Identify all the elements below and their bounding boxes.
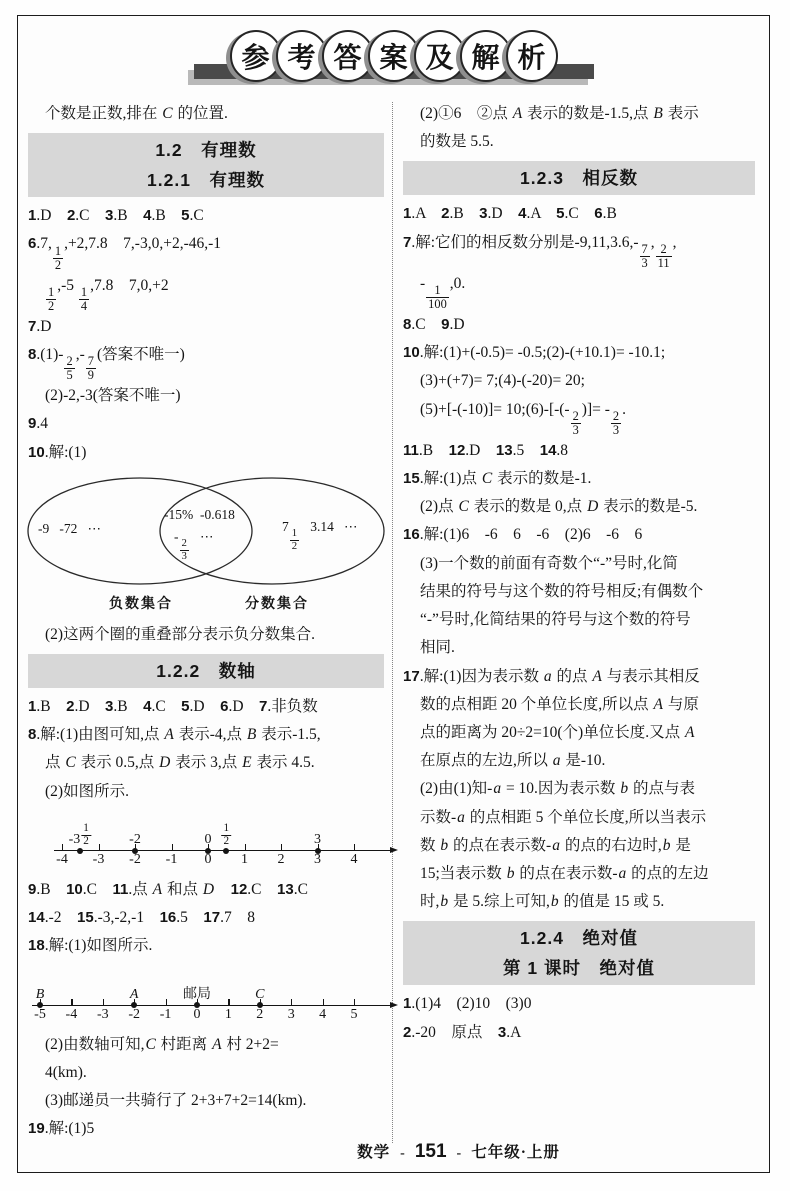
axis-tick — [281, 844, 282, 851]
title-char-circle: 及 — [414, 30, 466, 82]
title-char-circle: 答 — [322, 30, 374, 82]
answer-line: (2)由数轴可知,C 村距离 A 村 2+2= — [28, 1031, 384, 1059]
answer-line: 8.解:(1)由图可知,点 A 表示-4,点 B 表示-1.5, — [28, 721, 384, 749]
tick-label: -1 — [160, 1007, 172, 1023]
point-label: 0 — [205, 808, 212, 848]
tick-label: -1 — [166, 852, 178, 868]
tick-label: 3 — [314, 852, 321, 868]
section-title: 1.2.3 相反数 — [403, 163, 755, 193]
tick-label: -5 — [34, 1007, 46, 1023]
point-label: 3 — [314, 808, 321, 848]
answer-line: 8.(1)-25,-79(答案不唯一) — [28, 341, 384, 382]
answer-line: 2.-20 原点 3.A — [403, 1019, 755, 1047]
answer-line: 的数是 5.5. — [403, 128, 755, 156]
section-title: 1.2.4 绝对值 — [403, 923, 755, 953]
fraction: 23 — [571, 410, 581, 437]
answer-line: 结果的符号与这个数的符号相反;有偶数个 — [403, 578, 755, 606]
title-char-circle: 参 — [230, 30, 282, 82]
venn-overlap-items-top: -15% -0.618 — [164, 507, 235, 523]
axis-tick — [103, 999, 104, 1006]
section-header: 1.2.4 绝对值 第 1 课时 绝对值 — [403, 921, 755, 985]
scanned-page: 参考答案及解析 个数是正数,排在 C 的位置. 1.2 有理数 1.2.1 有理… — [0, 0, 790, 1191]
answer-line: (5)+[-(-10)]= 10;(6)-[-(-23)]= -23. — [403, 396, 755, 437]
fraction: 12 — [290, 528, 299, 552]
fraction: 1100 — [426, 284, 449, 311]
answer-line: “-”号时,化简结果的符号与这个数的符号 — [403, 606, 755, 634]
data-point-dot — [77, 848, 83, 854]
footer-book: 七年级·上册 — [471, 1140, 560, 1162]
tick-label: -3 — [97, 1007, 109, 1023]
section-title: 1.2 有理数 — [28, 135, 384, 165]
answer-line: 相同. — [403, 634, 755, 662]
answer-line: 个数是正数,排在 C 的位置. — [28, 100, 384, 128]
answer-line: 9.4 — [28, 410, 384, 438]
answer-line: 数 b 的点在表示数-a 的点的右边时,b 是 — [403, 832, 755, 860]
answer-line: (3)+(+7)= 7;(4)-(-20)= 20; — [403, 367, 755, 395]
axis-tick — [99, 844, 100, 851]
section-header: 1.2.3 相反数 — [403, 161, 755, 195]
point-label: B — [35, 963, 46, 1003]
left-column: 个数是正数,排在 C 的位置. 1.2 有理数 1.2.1 有理数 1.D 2.… — [28, 100, 384, 1143]
answer-line: (2)①6 ②点 A 表示的数是-1.5,点 B 表示 — [403, 100, 755, 128]
venn-overlap-items-bottom: -23 ⋯ — [174, 529, 214, 562]
answer-line: 点的距离为 20÷2=10(个)单位长度.又点 A — [403, 719, 755, 747]
answer-line: (3)一个数的前面有奇数个“-”号时,化简 — [403, 550, 755, 578]
tick-label: 2 — [278, 852, 285, 868]
axis-line — [32, 1005, 393, 1007]
axis-tick — [71, 999, 72, 1006]
answer-line: 18.解:(1)如图所示. — [28, 932, 384, 960]
section-subtitle: 1.2.1 有理数 — [28, 165, 384, 195]
answer-line: 7.解:它们的相反数分别是-9,11,3.6,-73,211, — [403, 229, 755, 270]
answer-line: 1.(1)4 (2)10 (3)0 — [403, 990, 755, 1018]
number-line: -4-3-2-101234-312-20123 — [54, 806, 398, 876]
answer-line: 1.A 2.B 3.D 4.A 5.C 6.B — [403, 200, 755, 228]
fraction: 14 — [79, 286, 89, 313]
answer-line: 15.解:(1)点 C 表示的数是-1. — [403, 465, 755, 493]
answer-line: 数的点相距 20 个单位长度,所以点 A 与原 — [403, 691, 755, 719]
fraction: 23 — [611, 410, 621, 437]
tick-label: 4 — [351, 852, 358, 868]
axis-tick — [323, 999, 324, 1006]
footer-dash: - — [457, 1146, 462, 1162]
venn-left-items: -9 -72 ⋯ — [38, 521, 101, 537]
section-subtitle: 第 1 课时 绝对值 — [403, 953, 755, 983]
tick-label: 0 — [194, 1007, 201, 1023]
answer-line: -1100,0. — [403, 270, 755, 311]
answer-line: 11.B 12.D 13.5 14.8 — [403, 437, 755, 465]
axis-tick — [354, 999, 355, 1006]
fraction: 25 — [64, 355, 74, 382]
title-char-circle: 解 — [460, 30, 512, 82]
answer-line: 时,b 是 5.综上可知,b 的值是 15 或 5. — [403, 888, 755, 916]
venn-right-label: 分数集合 — [222, 593, 332, 613]
footer-dash: - — [400, 1146, 405, 1162]
title-char-circle: 案 — [368, 30, 420, 82]
data-point-dot — [194, 1002, 200, 1008]
tick-label: 5 — [351, 1007, 358, 1023]
tick-label: -2 — [129, 852, 141, 868]
axis-tick — [172, 844, 173, 851]
axis-tick — [62, 844, 63, 851]
point-label: A — [129, 963, 140, 1003]
answer-line: 15;当表示数 b 的点在表示数-a 的点的左边 — [403, 860, 755, 888]
answer-line: 示数-a 的点相距 5 个单位长度,所以当表示 — [403, 804, 755, 832]
fraction: 211 — [656, 243, 672, 270]
title-char-circle: 考 — [276, 30, 328, 82]
tick-label: 1 — [241, 852, 248, 868]
tick-label: -4 — [56, 852, 68, 868]
fraction: 12 — [46, 286, 56, 313]
section-header: 1.2 有理数 1.2.1 有理数 — [28, 133, 384, 197]
axis-arrow-icon — [390, 847, 398, 853]
fraction: 23 — [180, 538, 189, 562]
answer-line: 9.B 10.C 11.点 A 和点 D 12.C 13.C — [28, 876, 384, 904]
fraction: 12 — [53, 245, 63, 272]
answer-line: 14.-2 15.-3,-2,-1 16.5 17.7 8 — [28, 904, 384, 932]
answer-line: 12,-5 14,7.8 7,0,+2 — [28, 272, 384, 313]
answer-line: (2)如图所示. — [28, 778, 384, 806]
answer-line: 16.解:(1)6 -6 6 -6 (2)6 -6 6 — [403, 521, 755, 549]
data-point-dot — [205, 848, 211, 854]
tick-label: 4 — [319, 1007, 326, 1023]
page-frame: 参考答案及解析 个数是正数,排在 C 的位置. 1.2 有理数 1.2.1 有理… — [17, 15, 770, 1173]
axis-tick — [166, 999, 167, 1006]
tick-label: -2 — [128, 1007, 140, 1023]
title-circles: 参考答案及解析 — [208, 30, 580, 82]
tick-label: -4 — [66, 1007, 78, 1023]
tick-label: 1 — [225, 1007, 232, 1023]
data-point-dot — [257, 1002, 263, 1008]
number-line: -5-4-3-2-1012345BA邮局C — [32, 961, 398, 1031]
answer-line: 10.解:(1) — [28, 439, 384, 467]
point-label: C — [254, 963, 265, 1003]
axis-tick — [228, 999, 229, 1006]
data-point-dot — [132, 848, 138, 854]
tick-label: -3 — [93, 852, 105, 868]
footer-subject: 数学 — [357, 1140, 390, 1162]
answer-line: (2)-2,-3(答案不唯一) — [28, 382, 384, 410]
venn-left-label: 负数集合 — [86, 593, 196, 613]
data-point-dot — [315, 848, 321, 854]
page-footer: 数学 - 151 - 七年级·上册 — [18, 1140, 769, 1163]
axis-tick — [354, 844, 355, 851]
section-title: 1.2.2 数轴 — [28, 656, 384, 686]
section-header: 1.2.2 数轴 — [28, 654, 384, 688]
data-point-dot — [37, 1002, 43, 1008]
data-point-dot — [223, 848, 229, 854]
point-label: 邮局 — [183, 963, 211, 1003]
answer-line: 在原点的左边,所以 a 是-10. — [403, 747, 755, 775]
answer-line: 10.解:(1)+(-0.5)= -0.5;(2)-(+10.1)= -10.1… — [403, 339, 755, 367]
answer-line: 1.B 2.D 3.B 4.C 5.D 6.D 7.非负数 — [28, 693, 384, 721]
venn-right-items: 712 3.14 ⋯ — [282, 519, 358, 552]
point-label: -312 — [69, 808, 92, 848]
title-char-circle: 析 — [506, 30, 558, 82]
answer-line: (3)邮递员一共骑行了 2+3+7+2=14(km). — [28, 1087, 384, 1115]
tick-label: 2 — [256, 1007, 263, 1023]
answer-line: 4(km). — [28, 1059, 384, 1087]
axis-tick — [245, 844, 246, 851]
answer-line: 7.D — [28, 313, 384, 341]
answer-line: 17.解:(1)因为表示数 a 的点 A 与表示其相反 — [403, 663, 755, 691]
answer-line: 1.D 2.C 3.B 4.B 5.C — [28, 202, 384, 230]
venn-diagram: -9 -72 ⋯ -15% -0.618 -23 ⋯ 712 3.14 ⋯ 负数… — [22, 467, 394, 619]
footer-page-number: 151 — [415, 1141, 447, 1163]
fraction: 12 — [221, 823, 231, 848]
answer-line: (2)由(1)知-a = 10.因为表示数 b 的点与表 — [403, 775, 755, 803]
axis-tick — [291, 999, 292, 1006]
answer-line: 6.7,12,+2,7.8 7,-3,0,+2,-46,-1 — [28, 230, 384, 271]
axis-arrow-icon — [390, 1002, 398, 1008]
right-column: (2)①6 ②点 A 表示的数是-1.5,点 B 表示 的数是 5.5. 1.2… — [403, 100, 755, 1143]
answer-line: 8.C 9.D — [403, 311, 755, 339]
point-label: -2 — [129, 808, 141, 848]
fraction: 73 — [640, 243, 650, 270]
point-label: 12 — [220, 808, 232, 848]
page-title: 参考答案及解析 — [208, 30, 580, 92]
fraction: 79 — [86, 355, 96, 382]
data-point-dot — [131, 1002, 137, 1008]
two-column-layout: 个数是正数,排在 C 的位置. 1.2 有理数 1.2.1 有理数 1.D 2.… — [18, 100, 769, 1143]
answer-line: (2)点 C 表示的数是 0,点 D 表示的数是-5. — [403, 493, 755, 521]
answer-line: 点 C 表示 0.5,点 D 表示 3,点 E 表示 4.5. — [28, 749, 384, 777]
fraction: 12 — [81, 823, 91, 848]
tick-label: 0 — [205, 852, 212, 868]
tick-label: 3 — [288, 1007, 295, 1023]
answer-line: (2)这两个圈的重叠部分表示负分数集合. — [28, 621, 384, 649]
